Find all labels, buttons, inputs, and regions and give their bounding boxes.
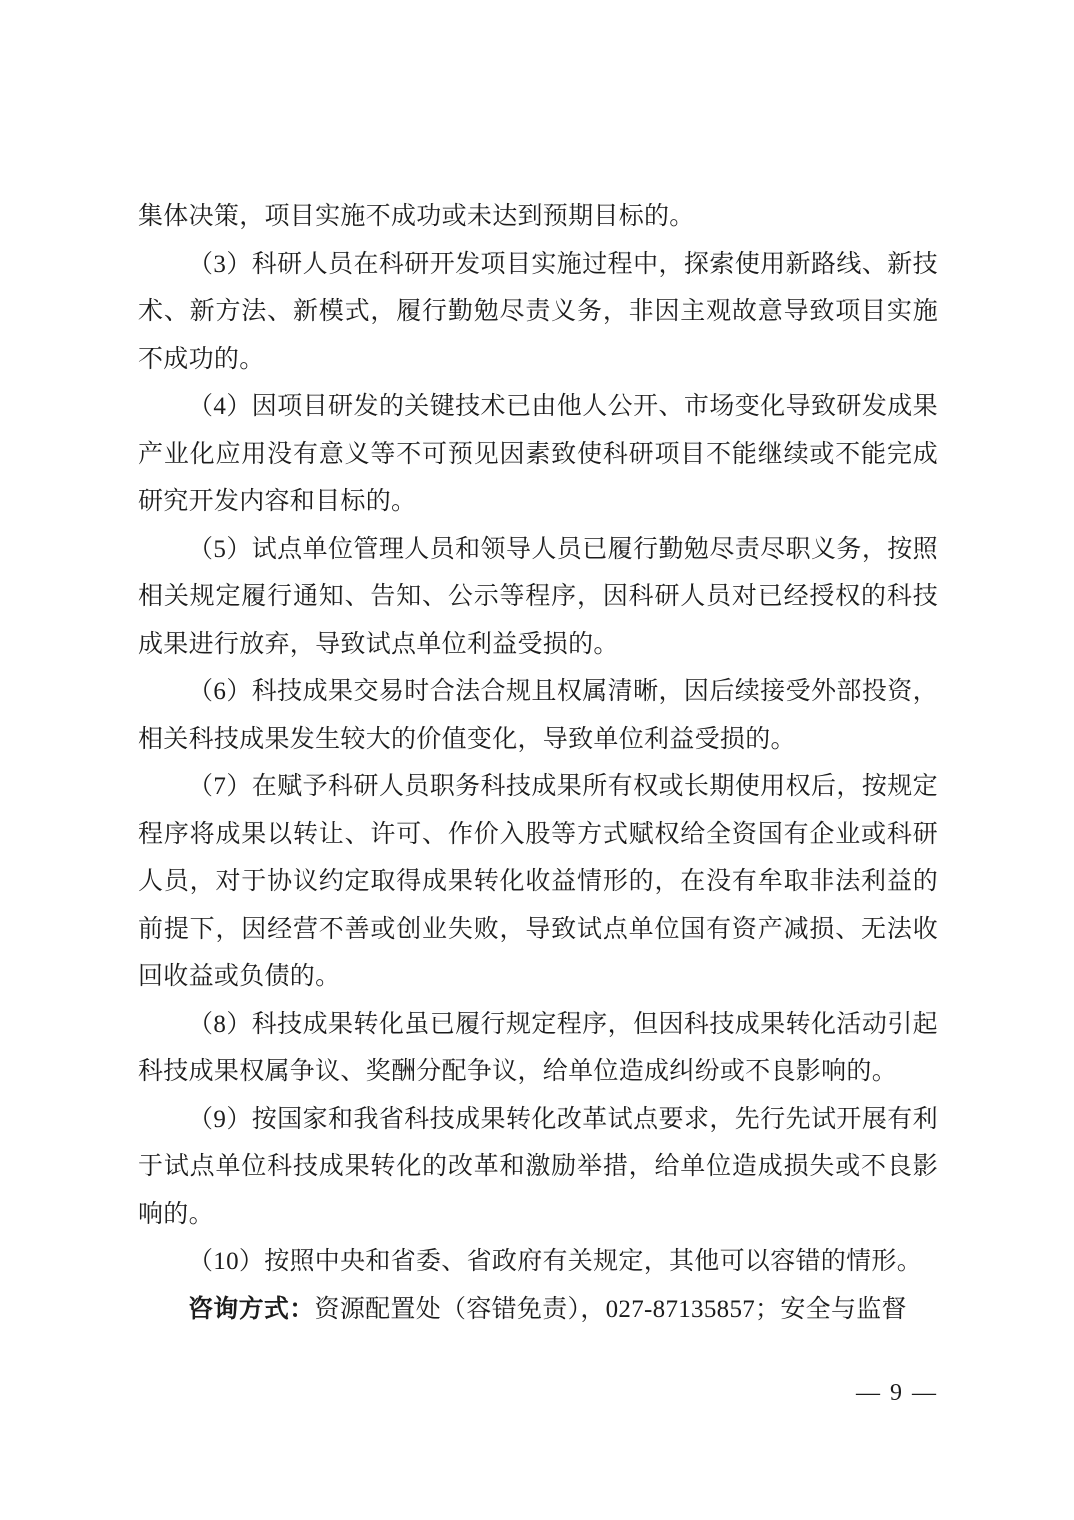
paragraph-item-4: （4）因项目研发的关键技术已由他人公开、市场变化导致研发成果产业化应用没有意义等… [138,383,938,526]
paragraph-item-6: （6）科技成果交易时合法合规且权属清晰，因后续接受外部投资，相关科技成果发生较大… [138,668,938,763]
consultation-line: 咨询方式：资源配置处（容错免责），027-87135857；安全与监督 [138,1286,938,1334]
paragraph-item-9: （9）按国家和我省科技成果转化改革试点要求，先行先试开展有利于试点单位科技成果转… [138,1096,938,1239]
document-body: 集体决策，项目实施不成功或未达到预期目标的。 （3）科研人员在科研开发项目实施过… [138,193,938,1333]
paragraph-item-8: （8）科技成果转化虽已履行规定程序，但因科技成果转化活动引起科技成果权属争议、奖… [138,1001,938,1096]
document-page: 集体决策，项目实施不成功或未达到预期目标的。 （3）科研人员在科研开发项目实施过… [0,0,1074,1520]
paragraph-item-3: （3）科研人员在科研开发项目实施过程中，探索使用新路线、新技术、新方法、新模式，… [138,241,938,384]
consultation-label: 咨询方式： [188,1296,315,1323]
paragraph-continuation: 集体决策，项目实施不成功或未达到预期目标的。 [138,193,938,241]
consultation-text: 资源配置处（容错免责），027-87135857；安全与监督 [315,1296,907,1323]
paragraph-item-7: （7）在赋予科研人员职务科技成果所有权或长期使用权后，按规定程序将成果以转让、许… [138,763,938,1001]
paragraph-item-5: （5）试点单位管理人员和领导人员已履行勤勉尽责尽职义务，按照相关规定履行通知、告… [138,526,938,669]
paragraph-item-10: （10）按照中央和省委、省政府有关规定，其他可以容错的情形。 [138,1238,938,1286]
page-number: — 9 — [856,1378,938,1408]
